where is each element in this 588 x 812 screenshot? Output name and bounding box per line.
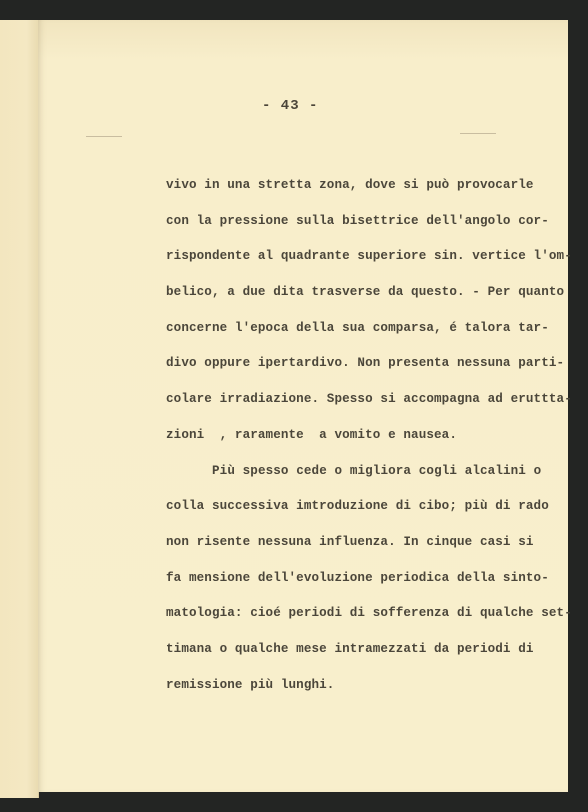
text-line: divo oppure ipertardivo. Non presenta ne… <box>166 353 566 389</box>
paragraph-start-line: Più spesso cede o migliora cogli alcalin… <box>166 461 566 497</box>
text-line: rispondente al quadrante superiore sin. … <box>166 246 566 282</box>
text-line: zioni , raramente a vomito e nausea. <box>166 425 566 461</box>
text-line: remissione più lunghi. <box>166 675 566 711</box>
text-line: vivo in una stretta zona, dove si può pr… <box>166 175 566 211</box>
text-line: colare irradiazione. Spesso si accompagn… <box>166 389 566 425</box>
text-line: concerne l'epoca della sua comparsa, é t… <box>166 318 566 354</box>
page-number: - 43 - <box>262 98 318 114</box>
text-line: colla successiva imtroduzione di cibo; p… <box>166 496 566 532</box>
text-line: non risente nessuna influenza. In cinque… <box>166 532 566 568</box>
text-line: belico, a due dita trasverse da questo. … <box>166 282 566 318</box>
facing-page-edge <box>0 20 39 798</box>
text-line: fa mensione dell'evoluzione periodica de… <box>166 568 566 604</box>
margin-mark <box>460 133 496 134</box>
margin-mark <box>86 136 122 137</box>
text-line: matologia: cioé periodi di sofferenza di… <box>166 603 566 639</box>
typewritten-body: vivo in una stretta zona, dove si può pr… <box>166 175 566 710</box>
text-line: con la pressione sulla bisettrice dell'a… <box>166 211 566 247</box>
text-line: timana o qualche mese intramezzati da pe… <box>166 639 566 675</box>
